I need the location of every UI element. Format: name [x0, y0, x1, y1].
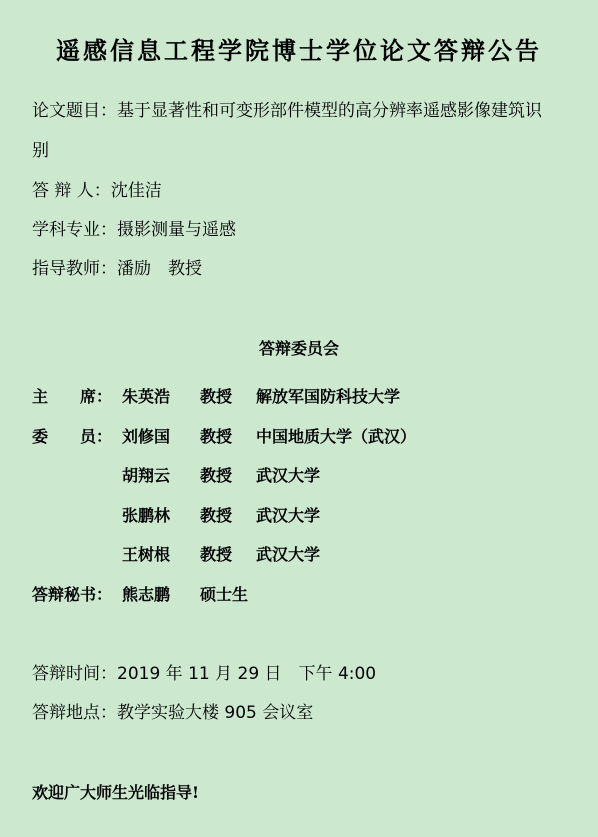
major-value: 摄影测量与遥感: [117, 220, 236, 240]
committee-name: 朱英浩: [122, 386, 170, 408]
thesis-title-cont: 别: [32, 140, 49, 162]
major-label: 学科专业：: [32, 220, 117, 240]
committee-title: 教授: [200, 426, 232, 448]
committee-name: 熊志鹏: [122, 584, 170, 606]
defense-place-line: 答辩地点：教学实验大楼 905 会议室: [32, 702, 313, 724]
defense-time-line: 答辩时间：2019 年 11 月 29 日 下午 4:00: [32, 663, 376, 685]
time-value: 2019 年 11 月 29 日 下午 4:00: [117, 664, 376, 684]
thesis-title: 基于显著性和可变形部件模型的高分辨率遥感影像建筑识: [117, 101, 542, 121]
committee-org: 武汉大学: [256, 505, 320, 527]
committee-org: 武汉大学: [256, 544, 320, 566]
committee-title: 教授: [200, 544, 232, 566]
committee-role: 主 席：: [32, 386, 120, 408]
advisor-line: 指导教师：潘励 教授: [32, 258, 202, 280]
thesis-label: 论文题目：: [32, 101, 117, 121]
advisor-value: 潘励 教授: [117, 259, 202, 279]
committee-title: 教授: [200, 386, 232, 408]
time-label: 答辩时间：: [32, 664, 117, 684]
committee-role: 委 员：: [32, 426, 120, 448]
committee-name: 王树根: [122, 544, 170, 566]
major-line: 学科专业：摄影测量与遥感: [32, 219, 236, 241]
defender-name: 沈佳洁: [111, 181, 162, 201]
committee-title: 硕士生: [200, 584, 248, 606]
thesis-title-line: 论文题目：基于显著性和可变形部件模型的高分辨率遥感影像建筑识: [32, 100, 542, 122]
defender-line: 答 辩 人：沈佳洁: [32, 180, 162, 202]
committee-title: 教授: [200, 505, 232, 527]
place-label: 答辩地点：: [32, 703, 117, 723]
page-title: 遥感信息工程学院博士学位论文答辩公告: [0, 34, 598, 68]
committee-name: 刘修国: [122, 426, 170, 448]
committee-name: 胡翔云: [122, 465, 170, 487]
committee-heading: 答辩委员会: [0, 338, 598, 360]
committee-org: 中国地质大学（武汉）: [256, 426, 416, 448]
advisor-label: 指导教师：: [32, 259, 117, 279]
committee-title: 教授: [200, 465, 232, 487]
welcome-message: 欢迎广大师生光临指导!: [32, 782, 199, 804]
committee-name: 张鹏林: [122, 505, 170, 527]
committee-org: 武汉大学: [256, 465, 320, 487]
committee-org: 解放军国防科技大学: [256, 386, 400, 408]
defender-label: 答 辩 人：: [32, 181, 111, 201]
committee-role: 答辩秘书：: [32, 584, 120, 606]
place-value: 教学实验大楼 905 会议室: [117, 703, 313, 723]
